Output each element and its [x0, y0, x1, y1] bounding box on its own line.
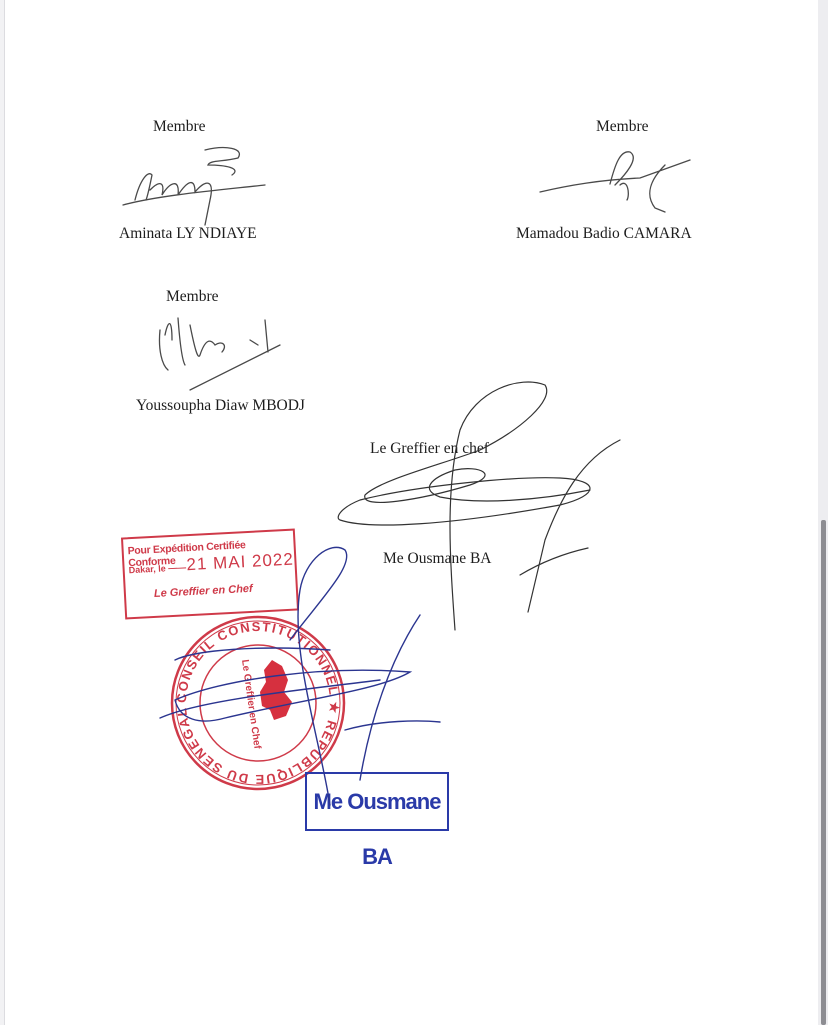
greffier-title: Le Greffier en chef	[370, 440, 489, 458]
scrollbar-thumb[interactable]	[821, 520, 826, 1025]
signatory-1-role: Membre	[153, 118, 206, 136]
greffier-name: Me Ousmane BA	[383, 550, 492, 568]
signatory-3-name: Youssoupha Diaw MBODJ	[136, 397, 305, 415]
certification-stamp: Pour Expédition Certifiée Conforme Dakar…	[121, 529, 299, 620]
stamp-greffier-line: Le Greffier en Chef	[154, 583, 253, 600]
name-stamp: Me Ousmane BA	[305, 772, 449, 831]
document-page	[4, 0, 820, 1025]
signatory-3-role: Membre	[166, 288, 219, 306]
signatory-2-name: Mamadou Badio CAMARA	[516, 225, 692, 243]
stamp-date: 21 MAI 2022	[186, 550, 294, 576]
signatory-1-name: Aminata LY NDIAYE	[119, 225, 257, 243]
signatory-2-role: Membre	[596, 118, 649, 136]
stamp-place-label: Dakar, le ——	[128, 562, 186, 575]
